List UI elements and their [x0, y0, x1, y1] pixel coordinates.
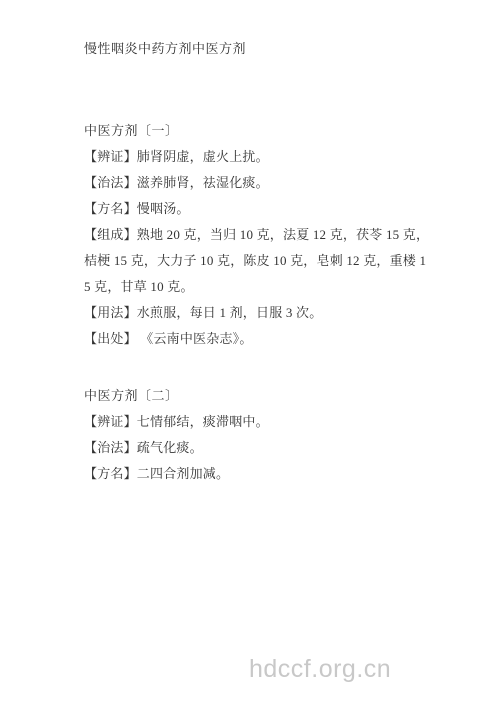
prescription-section-2: 中医方剂〔二〕 【辨证】七情郁结，痰滞咽中。 【治法】疏气化痰。 【方名】二四合… [84, 383, 464, 487]
text-line-syndrome: 【辨证】七情郁结，痰滞咽中。 [84, 409, 464, 435]
document-content: 慢性咽炎中药方剂中医方剂 中医方剂〔一〕 【辨证】肺肾阴虚，虚火上扰。 【治法】… [84, 36, 464, 487]
text-line-ingredients-2: 桔梗 15 克，大力子 10 克，陈皮 10 克，皂刺 12 克，重楼 1 [84, 248, 464, 274]
text-line-syndrome: 【辨证】肺肾阴虚，虚火上扰。 [84, 144, 464, 170]
page-title: 慢性咽炎中药方剂中医方剂 [84, 36, 464, 62]
text-line-ingredients-1: 【组成】熟地 20 克，当归 10 克，法夏 12 克，茯苓 15 克， [84, 222, 464, 248]
text-line-ingredients-3: 5 克，甘草 10 克。 [84, 274, 464, 300]
text-line-formula-name: 【方名】慢咽汤。 [84, 196, 464, 222]
prescription-section-1: 中医方剂〔一〕 【辨证】肺肾阴虚，虚火上扰。 【治法】滋养肺肾，祛湿化痰。 【方… [84, 118, 464, 352]
document-page: 慢性咽炎中药方剂中医方剂 中医方剂〔一〕 【辨证】肺肾阴虚，虚火上扰。 【治法】… [0, 0, 500, 707]
text-line-treatment: 【治法】滋养肺肾，祛湿化痰。 [84, 170, 464, 196]
section-1-heading: 中医方剂〔一〕 [84, 118, 464, 144]
text-line-treatment: 【治法】疏气化痰。 [84, 435, 464, 461]
text-line-formula-name: 【方名】二四合剂加减。 [84, 461, 464, 487]
text-line-usage: 【用法】水煎服，每日 1 剂，日服 3 次。 [84, 300, 464, 326]
section-2-heading: 中医方剂〔二〕 [84, 383, 464, 409]
site-watermark: hdccf.org.cn [249, 655, 391, 684]
text-line-source: 【出处】 《云南中医杂志》。 [84, 326, 464, 352]
